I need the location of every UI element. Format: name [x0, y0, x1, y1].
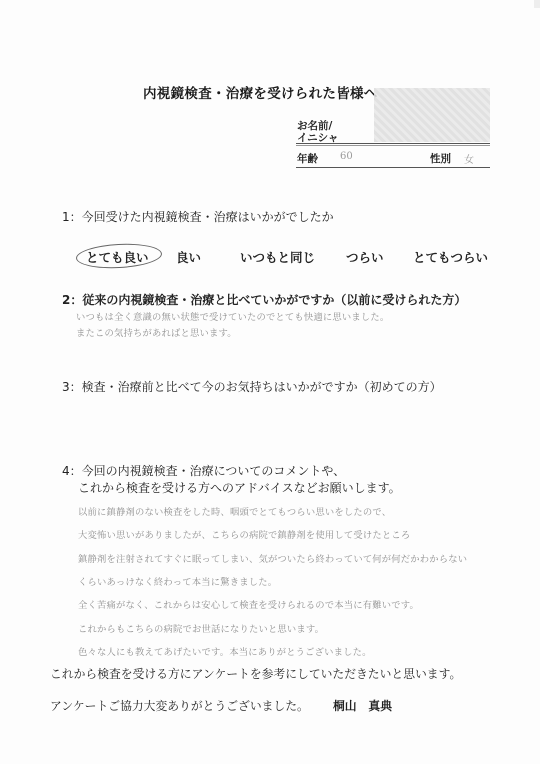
q4-answer-line: 全く苦痛がなく、これからは安心して検査を受けられるので本当に有難いです。 — [78, 597, 419, 611]
name-divider — [296, 143, 490, 144]
q4-answer-line: くらいあっけなく終わって本当に驚きました。 — [78, 574, 277, 588]
age-divider — [296, 167, 490, 168]
q1-option-same[interactable]: いつもと同じ — [240, 248, 315, 266]
q2-answer-line: またこの気持ちがあればと思います。 — [76, 325, 237, 339]
age-label: 年齢 — [297, 151, 318, 166]
q4-answer-line: 大変怖い思いがありましたが、こちらの病院で鎮静剤を使用して受けたところ — [78, 527, 410, 541]
q4-question-line-2: これから検査を受ける方へのアドバイスなどお願いします。 — [78, 479, 401, 496]
q2-question: 2：従来の内視鏡検査・治療と比べていかがですか（以前に受けられた方） — [62, 291, 466, 308]
q4-answer-line: 鎮静剤を注射されてすぐに眠ってしまい、気がついたら終わっていて何が何だかわからな… — [78, 551, 467, 565]
q4-question-line-1: 4：今回の内視鏡検査・治療についてのコメントや、 — [62, 462, 345, 479]
q4-answer-line: 以前に鎮静剤のない検査をした時、咽頭でとてもつらい思いをしたので、 — [78, 504, 391, 518]
page-title: 内視鏡検査・治療を受けられた皆様へ — [143, 82, 378, 102]
footer-request: これから検査を受ける方にアンケートを参考にしていただきたいと思います。 — [50, 665, 461, 682]
redacted-name-field — [374, 88, 490, 142]
name-divider-2 — [296, 145, 490, 146]
q3-question: 3：検査・治療前と比べて今のお気持ちはいかがですか（初めての方） — [62, 378, 442, 395]
sex-label: 性別 — [430, 151, 451, 166]
scan-artifact — [534, 0, 540, 8]
q2-answer-line: いつもは全く意識の無い状態で受けていたのでとても快適に思いました。 — [76, 309, 389, 323]
footer-thanks: アンケートご協力大変ありがとうございました。 — [50, 697, 309, 714]
sex-value: 女 — [464, 151, 474, 166]
q1-question: 1：今回受けた内視鏡検査・治療はいかがでしたか — [62, 208, 334, 225]
q1-option-hard[interactable]: つらい — [346, 248, 384, 266]
q4-answer-line: 色々な人にも教えてあげたいです。本当にありがとうございました。 — [78, 644, 372, 658]
age-value: 60 — [340, 151, 353, 162]
signature: 桐山 真典 — [333, 697, 392, 714]
q1-option-very-hard[interactable]: とてもつらい — [413, 248, 488, 266]
q1-option-good[interactable]: 良い — [176, 248, 201, 266]
q1-option-very-good[interactable]: とても良い — [86, 248, 149, 266]
q4-answer-line: これからもこちらの病院でお世話になりたいと思います。 — [78, 621, 324, 635]
